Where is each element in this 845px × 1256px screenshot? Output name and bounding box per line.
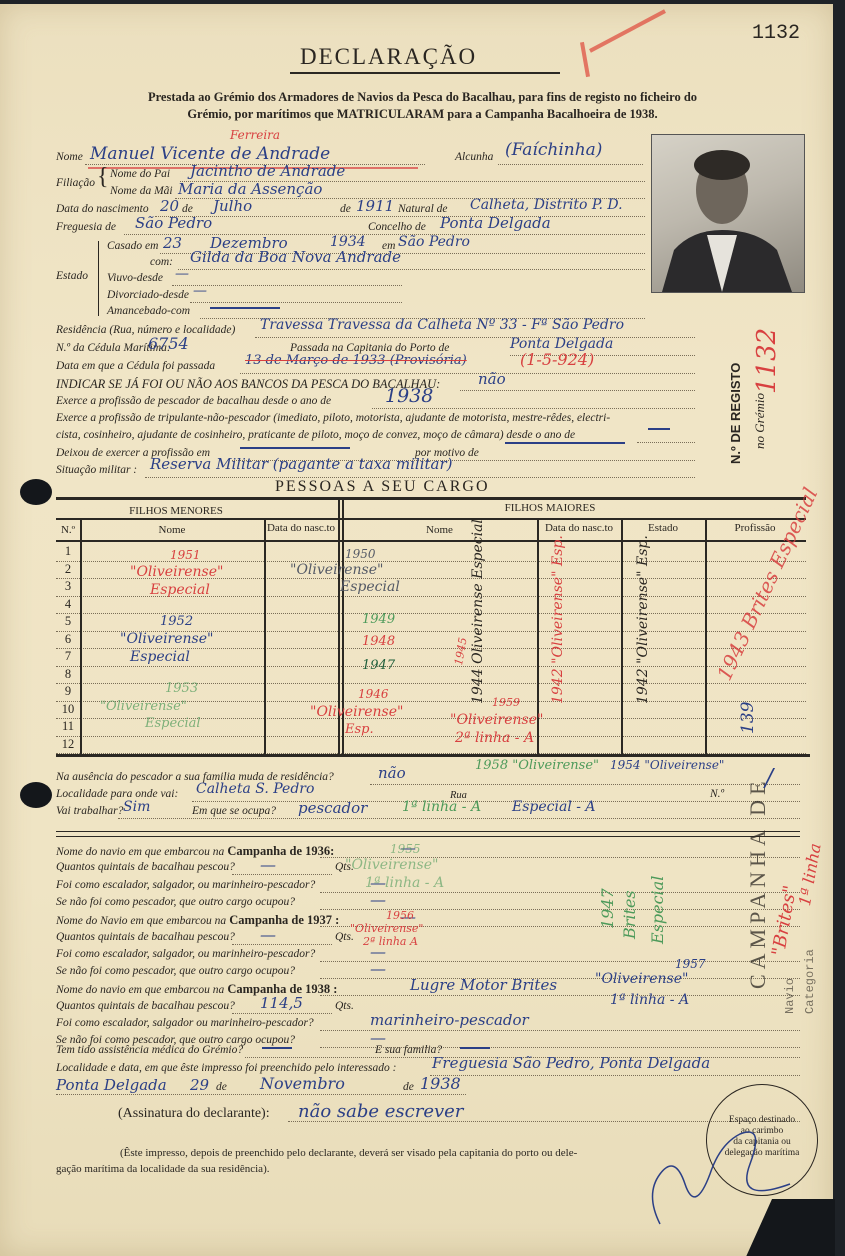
field-line <box>124 234 645 235</box>
tripulante-label-1: Exerce a profissão de tripulante-não-pes… <box>56 412 610 424</box>
residencia-label: Residência (Rua, número e localidade) <box>56 324 235 336</box>
footer-year: 1938 <box>420 1074 461 1093</box>
blank-dash <box>210 307 280 309</box>
numero-label: N.º <box>710 788 724 800</box>
annotation: 1948 <box>362 634 395 649</box>
tripulante-value <box>648 428 670 430</box>
annotation: 1945 <box>452 636 470 666</box>
navio-label: Navio <box>783 978 797 1014</box>
declaration-form: 1132 DECLARAÇÃO Prestada ao Grémio dos A… <box>0 4 833 1256</box>
annotation: "Oliveirense" <box>290 562 383 578</box>
campaign-label: Se não foi como pescador, que outro carg… <box>56 965 295 977</box>
blank-dash <box>505 442 625 444</box>
annotation: Especial <box>130 649 190 665</box>
estado-bracket <box>98 241 101 316</box>
annotation: 1950 <box>345 547 376 561</box>
familia-value <box>460 1047 490 1049</box>
mae-value: Maria da Assenção <box>178 180 322 198</box>
divorciado-label: Divorciado-desde <box>107 289 189 301</box>
campaign-row: Se não foi como pescador, que outro carg… <box>56 896 295 908</box>
annotation: 1ª linha - A <box>610 992 689 1008</box>
portrait-icon <box>652 135 804 292</box>
annotation: 2ª linha - A <box>455 730 534 746</box>
nome-label: Nome <box>56 151 83 163</box>
annotation: 1953 <box>165 681 198 696</box>
localidade-label: Localidade para onde vai: <box>56 788 178 800</box>
localidade-data-value: Freguesia São Pedro, Ponta Delgada <box>432 1054 710 1072</box>
campaign-row: Foi como escalador, salgador, ou marinhe… <box>56 948 315 960</box>
field-line <box>56 1094 466 1095</box>
footer-note-2: gação marítima da localidade da sua resi… <box>56 1163 269 1175</box>
militar-label: Situação militar : <box>56 464 137 476</box>
dash-value: — <box>193 283 207 299</box>
campaign-label: Nome do Navio em que embarcou na <box>56 915 226 927</box>
subtitle-line-1: Prestada ao Grémio dos Armadores de Navi… <box>0 90 845 105</box>
trabalhar-label: Vai trabalhar? <box>56 805 123 817</box>
row-line <box>56 736 806 737</box>
localidade-value: Calheta S. Pedro <box>196 781 314 797</box>
nome-annotation: Ferreira <box>230 128 280 142</box>
annotation: "Oliveirense" <box>345 857 438 873</box>
de-label: de <box>340 203 351 215</box>
row-number: 11 <box>57 719 79 734</box>
campaign-value: 114,5 <box>260 994 303 1012</box>
row-number: 1 <box>57 544 79 559</box>
blank-dash <box>240 447 350 449</box>
campaign-label: Quantos quintais de bacalhau pescou? <box>56 1000 235 1012</box>
freguesia-value: São Pedro <box>135 214 212 232</box>
assistencia-value <box>262 1047 292 1049</box>
annotation: 1942 "Oliveirense" Esp. <box>635 535 651 704</box>
rule <box>56 497 806 500</box>
page-title: DECLARAÇÃO <box>300 44 477 70</box>
filiacao-label: Filiação <box>56 177 95 189</box>
annotation: "Oliveirense" <box>595 971 688 987</box>
annotation: 1949 <box>362 612 395 627</box>
natural-value: Calheta, Distrito P. D. <box>470 197 623 213</box>
red-check-mark <box>589 9 666 52</box>
localidade-data-label: Localidade e data, em que êste impresso … <box>56 1062 396 1074</box>
alcunha-value: (Faíchinha) <box>505 140 602 160</box>
section-title-dependents: PESSOAS A SEU CARGO <box>275 478 490 496</box>
field-line <box>192 801 800 802</box>
campaign-label: Nome do navio em que embarcou na <box>56 846 224 858</box>
field-line <box>155 216 645 217</box>
nome-value: Manuel Vicente de Andrade <box>90 144 330 164</box>
viuvo-label: Viuvo-desde <box>107 272 163 284</box>
field-line <box>498 164 643 165</box>
campaign-year-label: Campanha de 1936: <box>227 844 334 858</box>
annotation: Especial <box>145 716 201 731</box>
categoria-label: Categoria <box>803 949 817 1014</box>
field-line <box>372 408 695 409</box>
side-slash: / <box>765 764 773 792</box>
annotation: "Oliveirense" <box>350 922 423 935</box>
bancos-label: INDICAR SE JÁ FOI OU NÃO AOS BANCOS DA P… <box>56 377 440 392</box>
annotation: 1955 <box>390 842 421 856</box>
footer-month: Novembro <box>260 1074 345 1093</box>
annotation: 1956 <box>386 909 414 922</box>
mudou-value: não <box>378 764 406 782</box>
casado-day: 23 <box>163 234 182 252</box>
row-line <box>56 561 806 562</box>
col-data-maiores: Data do nasc.to <box>537 522 621 534</box>
concelho-label: Concelho de <box>368 221 426 233</box>
field-line <box>320 995 800 996</box>
rule <box>56 754 810 757</box>
nascimento-year: 1911 <box>356 197 394 215</box>
campaign-label: Quantos quintais de bacalhau pescou? <box>56 861 235 873</box>
casado-local: São Pedro <box>398 234 470 250</box>
casado-label: Casado em <box>107 240 158 252</box>
footer-note-1: (Êste impresso, depois de preenchido pel… <box>120 1147 577 1159</box>
campaign-value: — <box>370 890 386 909</box>
cedula-value: 6754 <box>148 334 189 353</box>
campaign-value: — <box>260 925 276 944</box>
com-label: com: <box>150 256 173 268</box>
col-estado: Estado <box>621 522 705 534</box>
annotation: 1954 "Oliveirense" <box>610 758 724 772</box>
ocupa-value: pescador <box>298 799 367 817</box>
residencia-value: Travessa Travessa da Calheta Nº 33 - Fª … <box>260 317 624 333</box>
page-number: 1132 <box>752 22 800 45</box>
col-nome-menores: Nome <box>80 524 264 536</box>
registo-value: 1132 <box>752 328 782 394</box>
row-number: 2 <box>57 562 79 577</box>
col-divider <box>80 518 82 754</box>
annotation: Especial <box>340 579 400 595</box>
field-line <box>320 892 800 893</box>
campaign-year-label: Campanha de 1937 : <box>229 913 339 927</box>
annotation: Especial <box>648 876 667 944</box>
campaign-row: Foi como escalador, salgador ou marinhei… <box>56 1017 314 1029</box>
estado-label: Estado <box>56 270 88 282</box>
assinatura-value: não sabe escrever <box>298 1101 463 1122</box>
rule <box>56 518 806 520</box>
col-data-menores: Data do nasc.to <box>264 522 338 534</box>
annotation: 1947 <box>598 888 617 929</box>
subtitle-line-2: Grémio, por marítimos que MATRICULARAM p… <box>0 107 845 122</box>
portrait-photo <box>651 134 805 293</box>
annotation: 1957 <box>675 957 706 971</box>
campaign-row: Nome do Navio em que embarcou na Campanh… <box>56 913 339 928</box>
trabalhar-value: Sim <box>123 799 150 815</box>
bancos-value: não <box>478 370 506 388</box>
annotation: "Oliveirense" <box>100 699 187 714</box>
field-line <box>240 373 695 374</box>
rule <box>56 836 800 837</box>
field-line <box>232 944 332 945</box>
dash-value: — <box>175 266 189 282</box>
annotation: 1944 Oliveirense Especial <box>470 519 486 704</box>
annotation: "Oliveirense" <box>130 564 223 580</box>
campaign-value: — <box>260 855 276 874</box>
annotation: 1951 <box>170 548 201 562</box>
col-divider <box>621 518 623 754</box>
col-num: N.º <box>56 524 80 536</box>
categoria-value: 1ª linha <box>795 842 825 908</box>
row-number: 4 <box>57 597 79 612</box>
annotation: Esp. <box>345 722 374 737</box>
registo-label: N.º DE REGISTO <box>728 363 743 464</box>
campaign-row: Nome do navio em que embarcou na Campanh… <box>56 844 334 859</box>
maiores-title: FILHOS MAIORES <box>300 502 800 514</box>
pescador-desde-label: Exerce a profissão de pescador de bacalh… <box>56 395 331 407</box>
field-line <box>190 302 402 303</box>
nascimento-month: Julho <box>213 197 252 215</box>
col-divider <box>264 518 266 754</box>
field-line <box>320 961 800 962</box>
registo-sublabel: no Grémio <box>752 393 768 449</box>
col-nome-maiores: Nome <box>342 524 537 536</box>
annotation: Especial <box>150 582 210 598</box>
footer-place: Ponta Delgada <box>56 1076 167 1094</box>
field-line <box>320 978 800 979</box>
row-number: 3 <box>57 579 79 594</box>
annotation: 1ª linha - A <box>402 799 481 815</box>
field-line <box>118 818 800 819</box>
annotation: 1952 <box>160 614 193 629</box>
campaign-value: Lugre Motor Brites <box>410 976 557 994</box>
annotation: 2ª linha A <box>363 935 418 948</box>
field-line <box>232 874 332 875</box>
row-number: 5 <box>57 614 79 629</box>
annotation: Especial - A <box>512 799 596 815</box>
campanha-stamp: CAMPANHA DE <box>745 776 771 989</box>
nascimento-day: 20 <box>160 197 179 215</box>
row-number: 9 <box>57 684 79 699</box>
annotation: 1ª linha - A <box>365 875 444 891</box>
annotation: 1946 <box>358 687 389 701</box>
row-number: 8 <box>57 667 79 682</box>
row-number: 10 <box>57 702 79 717</box>
campaign-label: Foi como escalador, salgador ou marinhei… <box>56 1017 314 1029</box>
campaign-label: Nome do navio em que embarcou na <box>56 984 224 996</box>
amancebado-label: Amancebado-com <box>107 305 190 317</box>
campaign-row: Quantos quintais de bacalhau pescou? <box>56 1000 235 1012</box>
campaign-row: Quantos quintais de bacalhau pescou? <box>56 931 235 943</box>
row-line <box>56 666 806 667</box>
annotation: 1942 "Oliveirense" Esp. <box>550 535 566 704</box>
tripulante-label-2: cista, cosinheiro, ajudante de cosinheir… <box>56 429 575 441</box>
campaign-value: — <box>370 959 386 978</box>
campaign-row: Quantos quintais de bacalhau pescou? <box>56 861 235 873</box>
field-line <box>178 269 645 270</box>
footer-day: 29 <box>190 1076 209 1094</box>
data-cedula-value: (1-5-924) <box>520 350 594 369</box>
field-line <box>460 390 695 391</box>
rule <box>56 540 806 542</box>
concelho-value: Ponta Delgada <box>440 214 551 232</box>
punch-hole <box>20 782 52 808</box>
campaign-label: Quantos quintais de bacalhau pescou? <box>56 931 235 943</box>
brace: { <box>97 164 109 191</box>
menores-title: FILHOS MENORES <box>56 505 296 517</box>
alcunha-label: Alcunha <box>455 151 493 163</box>
assinatura-label: (Assinatura do declarante): <box>118 1106 270 1122</box>
mae-label: Nome da Mãi <box>110 185 173 197</box>
campaign-label: Foi como escalador, salgador, ou marinhe… <box>56 879 315 891</box>
pescador-desde-value: 1938 <box>385 385 433 407</box>
campaign-row: Foi como escalador, salgador, ou marinhe… <box>56 879 315 891</box>
annotation: 1959 <box>492 696 520 709</box>
qts-label: Qts. <box>335 1000 354 1012</box>
data-cedula-struck: 13 de Março de 1933 (Provisória) <box>245 353 467 368</box>
militar-value: Reserva Militar (pagante a taxa militar) <box>150 455 453 473</box>
pai-value: Jacintho de Andrade <box>190 162 345 180</box>
field-line <box>320 1030 800 1031</box>
annotation: "Oliveirense" <box>310 704 403 720</box>
row-number: 12 <box>57 737 79 752</box>
de-label: de <box>403 1081 414 1093</box>
field-line <box>430 1075 800 1076</box>
assistencia-label: Tem tido assistência médica do Grémio? <box>56 1044 243 1056</box>
de-label: de <box>216 1081 227 1093</box>
campaign-value: marinheiro-pescador <box>370 1011 529 1029</box>
field-line <box>637 442 695 443</box>
field-line <box>232 1013 332 1014</box>
ocupa-label: Em que se ocupa? <box>192 805 276 817</box>
profissao-number: 139 <box>738 702 758 734</box>
col-divider <box>705 518 707 754</box>
annotation: 1947 <box>362 658 395 673</box>
annotation: "Oliveirense" <box>450 712 543 728</box>
row-number: 6 <box>57 632 79 647</box>
annotation: "Oliveirense" <box>120 631 213 647</box>
campaign-label: Se não foi como pescador, que outro carg… <box>56 896 295 908</box>
campaign-row: Se não foi como pescador, que outro carg… <box>56 965 295 977</box>
red-check-mark <box>580 42 590 77</box>
rule <box>56 831 800 832</box>
field-line <box>370 784 800 785</box>
field-line <box>255 337 695 338</box>
data-cedula-label: Data em que a Cédula foi passada <box>56 360 215 372</box>
pai-label: Nome do Pai <box>110 168 170 180</box>
com-value: Gilda da Boa Nova Andrade <box>190 248 401 266</box>
annotation: 1958 "Oliveirense" <box>475 758 599 773</box>
annotation: Brites <box>620 890 639 939</box>
campaign-label: Foi como escalador, salgador, ou marinhe… <box>56 948 315 960</box>
punch-hole <box>20 479 52 505</box>
row-number: 7 <box>57 649 79 664</box>
title-underline <box>290 72 560 74</box>
freguesia-label: Freguesia de <box>56 221 116 233</box>
